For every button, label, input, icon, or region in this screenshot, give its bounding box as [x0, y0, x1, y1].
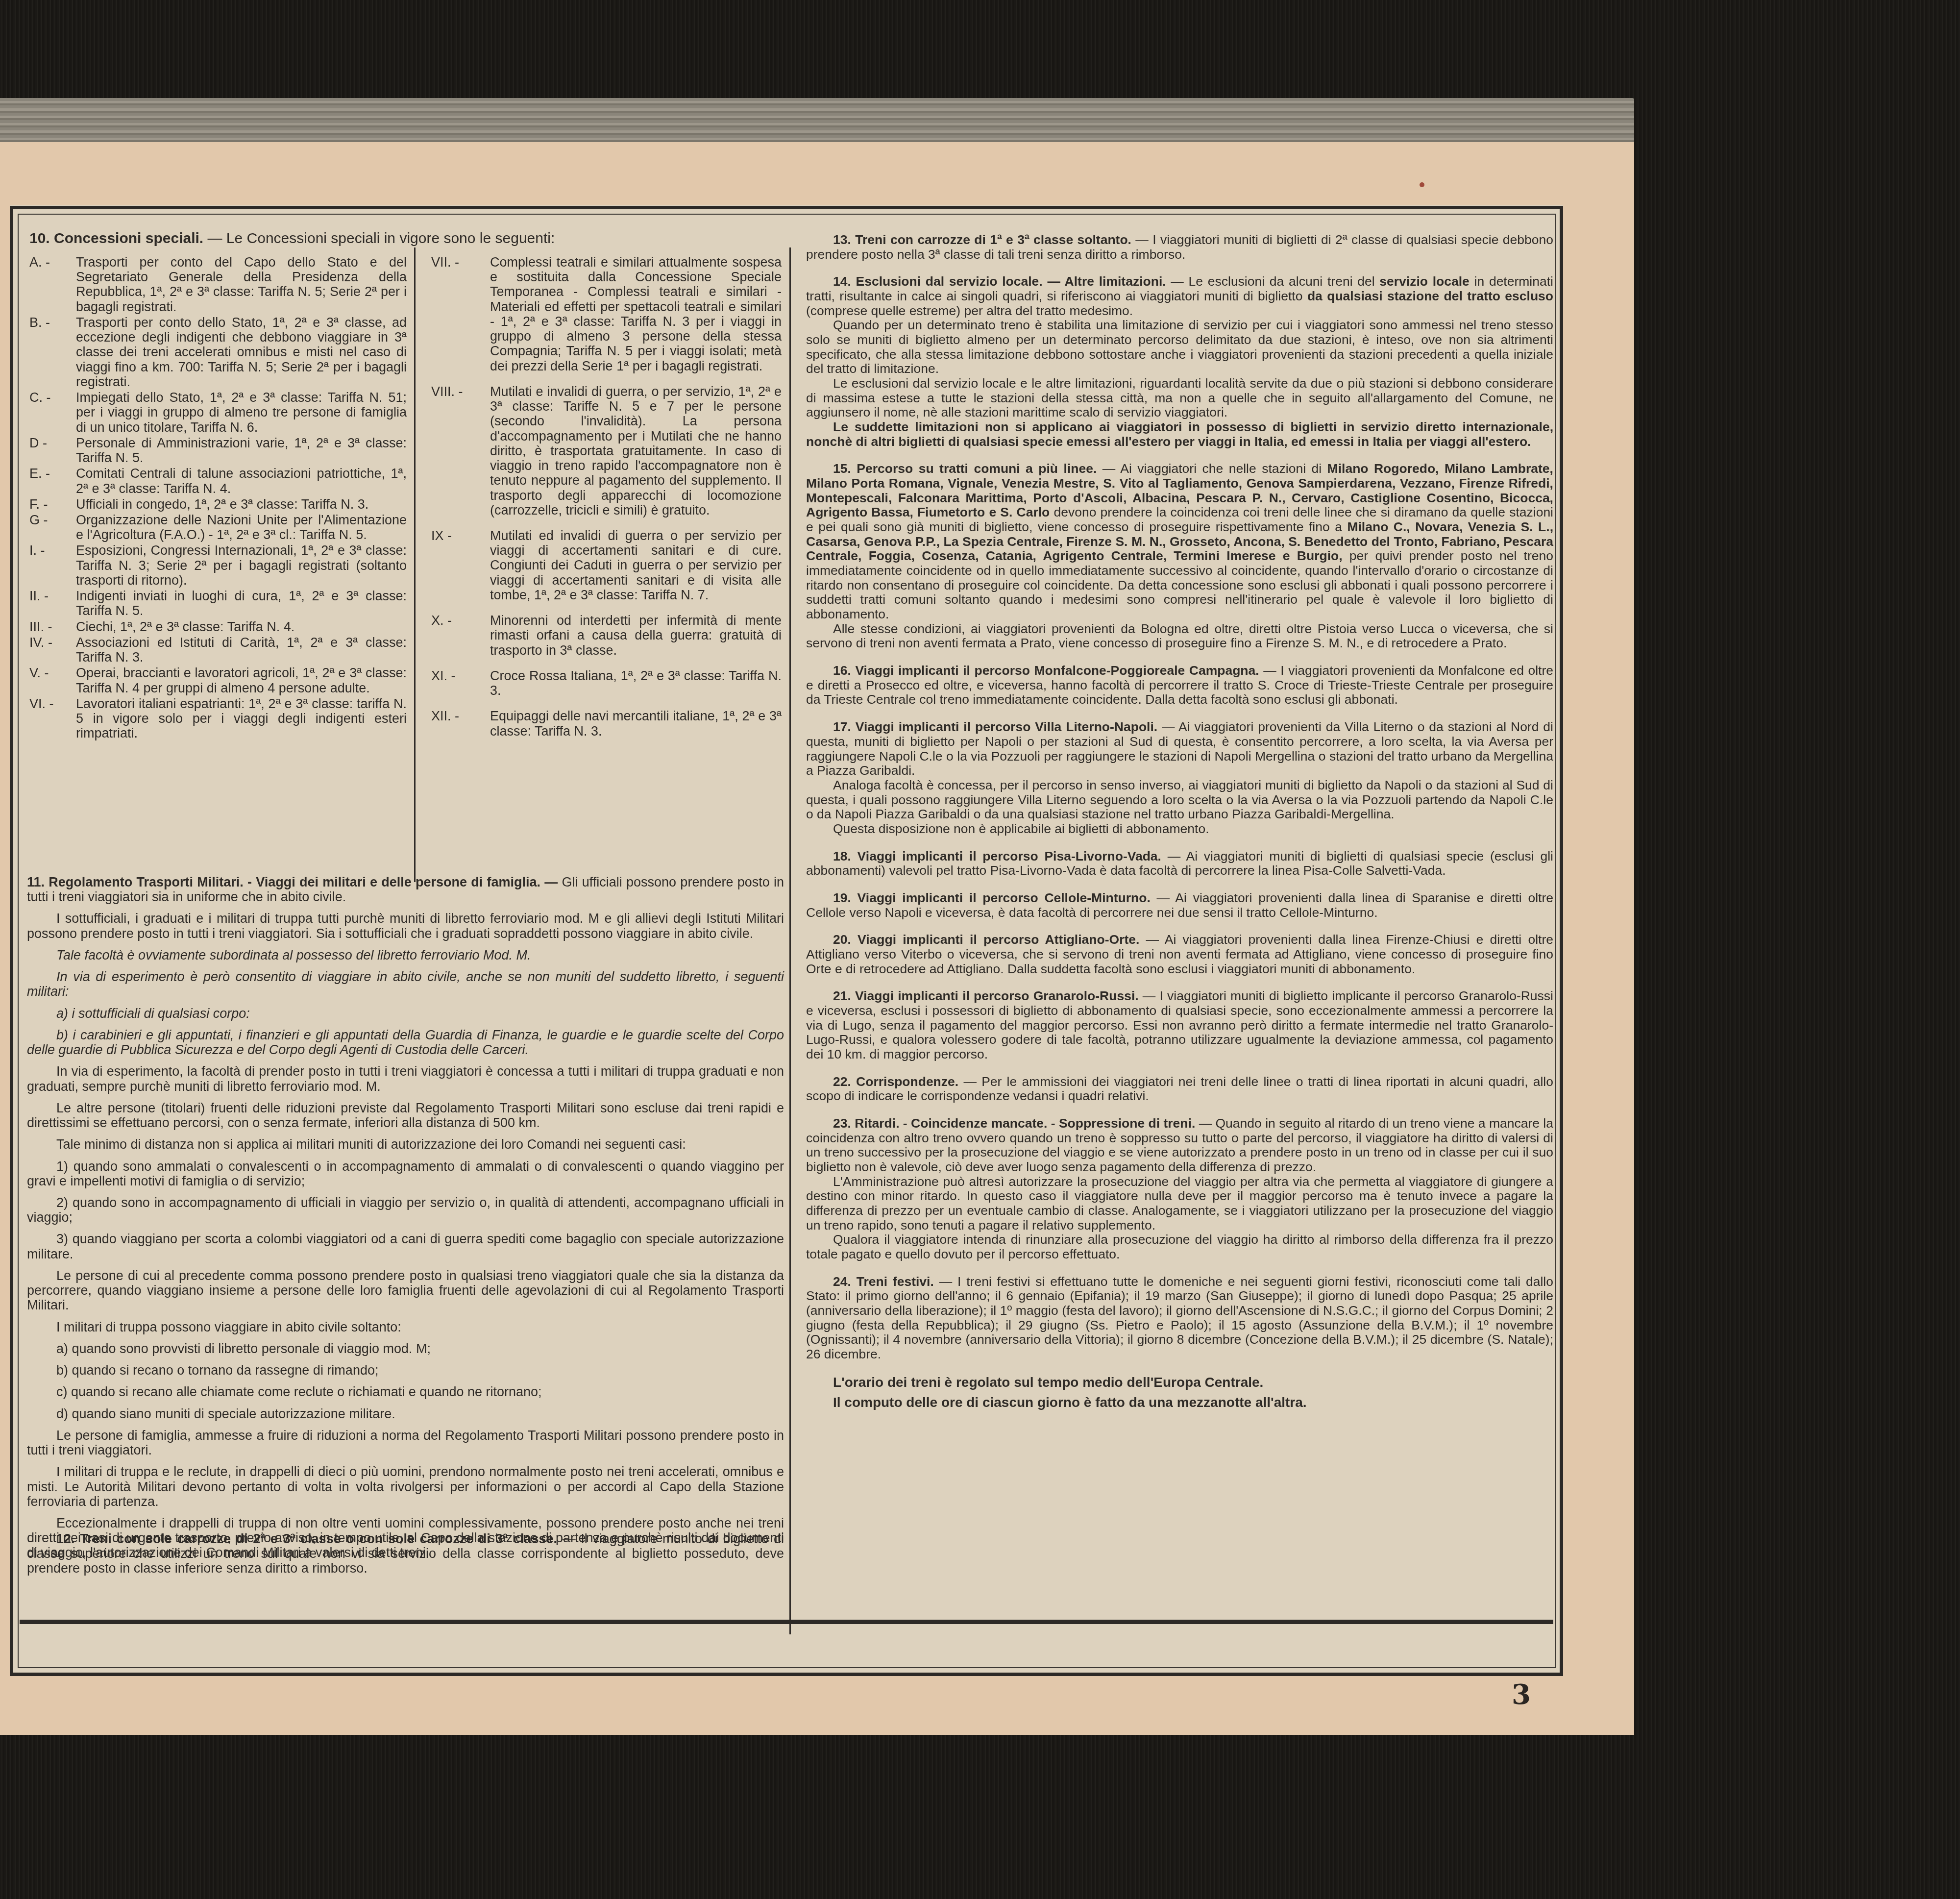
list-item: 3) quando viaggiano per scorta a colombi… [27, 1232, 784, 1261]
paragraph: I militari di truppa possono viaggiare i… [27, 1320, 784, 1334]
list-item: a) i sottufficiali di qualsiasi corpo: [27, 1006, 784, 1021]
footnotes: L'orario dei treni è regolato sul tempo … [806, 1375, 1553, 1410]
item-label: XI. - [431, 668, 490, 698]
item-text: Mutilati e invalidi di guerra, o per ser… [490, 384, 782, 518]
paragraph: Quando per un determinato treno è stabil… [806, 318, 1553, 376]
section-19: 19. Viaggi implicanti il percorso Cellol… [806, 891, 1553, 920]
list-item: d) quando siano muniti di speciale autor… [27, 1406, 784, 1421]
section-22: 22. Corrispondenze. — Per le ammissioni … [806, 1075, 1553, 1104]
emphasis: servizio locale [1379, 274, 1470, 289]
list-item: G -Organizzazione delle Nazioni Unite pe… [29, 513, 407, 542]
item-text: Trasporti per conto dello Stato, 1ª, 2ª … [76, 315, 407, 389]
ink-spot [1420, 182, 1424, 187]
item-label: X. - [431, 613, 490, 658]
section-heading: 17. Viaggi implicanti il percorso Villa … [833, 719, 1157, 734]
list-item: D -Personale di Amministrazioni varie, 1… [29, 436, 407, 465]
item-label: C. - [29, 390, 76, 435]
paragraph: I militari di truppa e le reclute, in dr… [27, 1464, 784, 1509]
section-heading: 23. Ritardi. - Coincidenze mancate. - So… [833, 1116, 1195, 1131]
section-13: 13. Treni con carrozze di 1ª e 3ª classe… [806, 233, 1553, 262]
section-heading: 19. Viaggi implicanti il percorso Cellol… [833, 890, 1151, 905]
section-16: 16. Viaggi implicanti il percorso Monfal… [806, 664, 1553, 707]
item-text: Esposizioni, Congressi Internazionali, 1… [76, 543, 407, 588]
item-label: E. - [29, 466, 76, 495]
item-label: IX - [431, 528, 490, 602]
section-heading: 16. Viaggi implicanti il percorso Monfal… [833, 663, 1259, 678]
item-label: IV. - [29, 635, 76, 665]
section-heading: 13. Treni con carrozze di 1ª e 3ª classe… [833, 232, 1131, 247]
paragraph: I sottufficiali, i graduati e i militari… [27, 911, 784, 940]
paragraph: L'Amministrazione può altresì autorizzar… [806, 1175, 1553, 1233]
item-text: Croce Rossa Italiana, 1ª, 2ª e 3ª classe… [490, 668, 782, 698]
paragraph: Le esclusioni dal servizio locale e le a… [806, 376, 1553, 420]
section-heading: 21. Viaggi implicanti il percorso Granar… [833, 988, 1139, 1003]
paragraph: Le persone di famiglia, ammesse a fruire… [27, 1428, 784, 1457]
section-heading: 24. Treni festivi. [833, 1274, 934, 1289]
list-item: X. -Minorenni od interdetti per infermit… [431, 613, 782, 658]
item-text: Equipaggi delle navi mercantili italiane… [490, 709, 782, 738]
section-15: 15. Percorso su tratti comuni a più line… [806, 462, 1553, 651]
item-text: Personale di Amministrazioni varie, 1ª, … [76, 436, 407, 465]
section-18: 18. Viaggi implicanti il percorso Pisa-L… [806, 849, 1553, 878]
section-23: 23. Ritardi. - Coincidenze mancate. - So… [806, 1116, 1553, 1262]
text-run: — Ai viaggiatori che nelle stazioni di [1102, 461, 1322, 476]
item-text: Comitati Centrali di talune associazioni… [76, 466, 407, 495]
section-heading: 11. Regolamento Trasporti Militari. - Vi… [27, 875, 558, 889]
item-text: Operai, braccianti e lavoratori agricoli… [76, 666, 407, 695]
section-heading: 22. Corrispondenze. [833, 1074, 958, 1089]
list-item: XI. -Croce Rossa Italiana, 1ª, 2ª e 3ª c… [431, 668, 782, 698]
paragraph: Alle stesse condizioni, ai viaggiatori p… [806, 622, 1553, 651]
footnote-day-count: Il computo delle ore di ciascun giorno è… [806, 1395, 1553, 1410]
list-item: C. -Impiegati dello Stato, 1ª, 2ª e 3ª c… [29, 390, 407, 435]
list-item: E. -Comitati Centrali di talune associaz… [29, 466, 407, 495]
paragraph: Qualora il viaggiatore intenda di rinunz… [806, 1233, 1553, 1261]
list-item: III. -Ciechi, 1ª, 2ª e 3ª classe: Tariff… [29, 619, 407, 634]
list-item: VIII. -Mutilati e invalidi di guerra, o … [431, 384, 782, 518]
page-stack-edge [0, 98, 1634, 145]
item-text: Associazioni ed Istituti di Carità, 1ª, … [76, 635, 407, 665]
list-item: A. -Trasporti per conto del Capo dello S… [29, 255, 407, 314]
item-label: VIII. - [431, 384, 490, 518]
paragraph: In via di esperimento è però consentito … [27, 969, 784, 999]
item-label: A. - [29, 255, 76, 314]
list-item: VII. -Complessi teatrali e similari attu… [431, 255, 782, 373]
item-label: I. - [29, 543, 76, 588]
section-24: 24. Treni festivi. — I treni festivi si … [806, 1275, 1553, 1362]
page-number: 3 [1512, 1678, 1531, 1711]
item-text: Lavoratori italiani espatrianti: 1ª, 2ª … [76, 696, 407, 741]
item-text: Ciechi, 1ª, 2ª e 3ª classe: Tariffa N. 4… [76, 619, 407, 634]
section-21: 21. Viaggi implicanti il percorso Granar… [806, 989, 1553, 1061]
list-item: B. -Trasporti per conto dello Stato, 1ª,… [29, 315, 407, 389]
item-text: Trasporti per conto del Capo dello Stato… [76, 255, 407, 314]
item-label: XII. - [431, 709, 490, 738]
item-label: VII. - [431, 255, 490, 373]
section-heading: 14. Esclusioni dal servizio locale. — Al… [833, 274, 1166, 289]
item-label: F. - [29, 497, 76, 512]
section-heading: 12. Treni con sole carrozze di 2ª e 3ª c… [56, 1531, 557, 1546]
section-intro: — Le Concessioni speciali in vigore sono… [208, 230, 555, 247]
right-column: 13. Treni con carrozze di 1ª e 3ª classe… [806, 233, 1553, 1415]
item-text: Minorenni od interdetti per infermità di… [490, 613, 782, 658]
list-item: I. -Esposizioni, Congressi Internazional… [29, 543, 407, 588]
text-run: — Le esclusioni da alcuni treni del [1171, 274, 1374, 289]
item-label: B. - [29, 315, 76, 389]
concessions-list-left: A. -Trasporti per conto del Capo dello S… [29, 255, 407, 742]
item-text: Complessi teatrali e similari attualment… [490, 255, 782, 373]
column-divider [789, 247, 791, 1634]
section-heading: 18. Viaggi implicanti il percorso Pisa-L… [833, 849, 1161, 863]
paragraph: Le persone di cui al precedente comma po… [27, 1268, 784, 1313]
list-item: XII. -Equipaggi delle navi mercantili it… [431, 709, 782, 738]
paragraph: Tale facoltà è ovviamente subordinata al… [27, 948, 784, 962]
section-20: 20. Viaggi implicanti il percorso Attigl… [806, 933, 1553, 976]
item-label: VI. - [29, 696, 76, 741]
paragraph: In via di esperimento, la facoltà di pre… [27, 1064, 784, 1093]
section-12: 12. Treni con sole carrozze di 2ª e 3ª c… [27, 1531, 784, 1583]
paragraph: Tale minimo di distanza non si applica a… [27, 1137, 784, 1152]
section-number: 10. [29, 230, 50, 247]
list-item: IV. -Associazioni ed Istituti di Carità,… [29, 635, 407, 665]
footnote-timezone: L'orario dei treni è regolato sul tempo … [806, 1375, 1553, 1390]
emphasis: da qualsiasi stazione del tratto escluso [1307, 289, 1553, 303]
paragraph: Analoga facoltà è concessa, per il perco… [806, 778, 1553, 822]
section-10-heading: 10. Concessioni speciali. — Le Concessio… [29, 230, 784, 247]
list-item: b) quando si recano o tornano da rassegn… [27, 1363, 784, 1378]
section-title: Concessioni speciali. [54, 230, 203, 247]
section-11: 11. Regolamento Trasporti Militari. - Vi… [27, 875, 784, 1567]
item-text: Mutilati ed invalidi di guerra o per ser… [490, 528, 782, 602]
paragraph: Questa disposizione non è applicabile ai… [806, 822, 1553, 837]
item-text: Impiegati dello Stato, 1ª, 2ª e 3ª class… [76, 390, 407, 435]
concessions-list-right: VII. -Complessi teatrali e similari attu… [431, 255, 782, 749]
text-run: (comprese quelle estreme) per altra del … [806, 303, 1133, 318]
bottom-rule [20, 1620, 1553, 1624]
item-label: G - [29, 513, 76, 542]
list-item: 1) quando sono ammalati o convalescenti … [27, 1159, 784, 1188]
list-item: 2) quando sono in accompagnamento di uff… [27, 1195, 784, 1225]
item-text: Indigenti inviati in luoghi di cura, 1ª,… [76, 589, 407, 618]
list-item: c) quando si recano alle chiamate come r… [27, 1384, 784, 1399]
section-17: 17. Viaggi implicanti il percorso Villa … [806, 720, 1553, 836]
list-item: II. -Indigenti inviati in luoghi di cura… [29, 589, 407, 618]
list-item: a) quando sono provvisti di libretto per… [27, 1341, 784, 1356]
list-item: F. -Ufficiali in congedo, 1ª, 2ª e 3ª cl… [29, 497, 407, 512]
paragraph: Le altre persone (titolari) fruenti dell… [27, 1101, 784, 1130]
list-item: V. -Operai, braccianti e lavoratori agri… [29, 666, 407, 695]
item-label: III. - [29, 619, 76, 634]
item-label: II. - [29, 589, 76, 618]
subcolumn-divider [414, 247, 416, 882]
item-label: V. - [29, 666, 76, 695]
list-item: VI. -Lavoratori italiani espatrianti: 1ª… [29, 696, 407, 741]
section-14: 14. Esclusioni dal servizio locale. — Al… [806, 274, 1553, 449]
paragraph: Le suddette limitazioni non si applicano… [806, 419, 1553, 449]
item-text: Ufficiali in congedo, 1ª, 2ª e 3ª classe… [76, 497, 407, 512]
list-item: IX -Mutilati ed invalidi di guerra o per… [431, 528, 782, 602]
item-label: D - [29, 436, 76, 465]
section-heading: 15. Percorso su tratti comuni a più line… [833, 461, 1097, 476]
item-text: Organizzazione delle Nazioni Unite per l… [76, 513, 407, 542]
section-heading: 20. Viaggi implicanti il percorso Attigl… [833, 932, 1139, 947]
list-item: b) i carabinieri e gli appuntati, i fina… [27, 1028, 784, 1057]
